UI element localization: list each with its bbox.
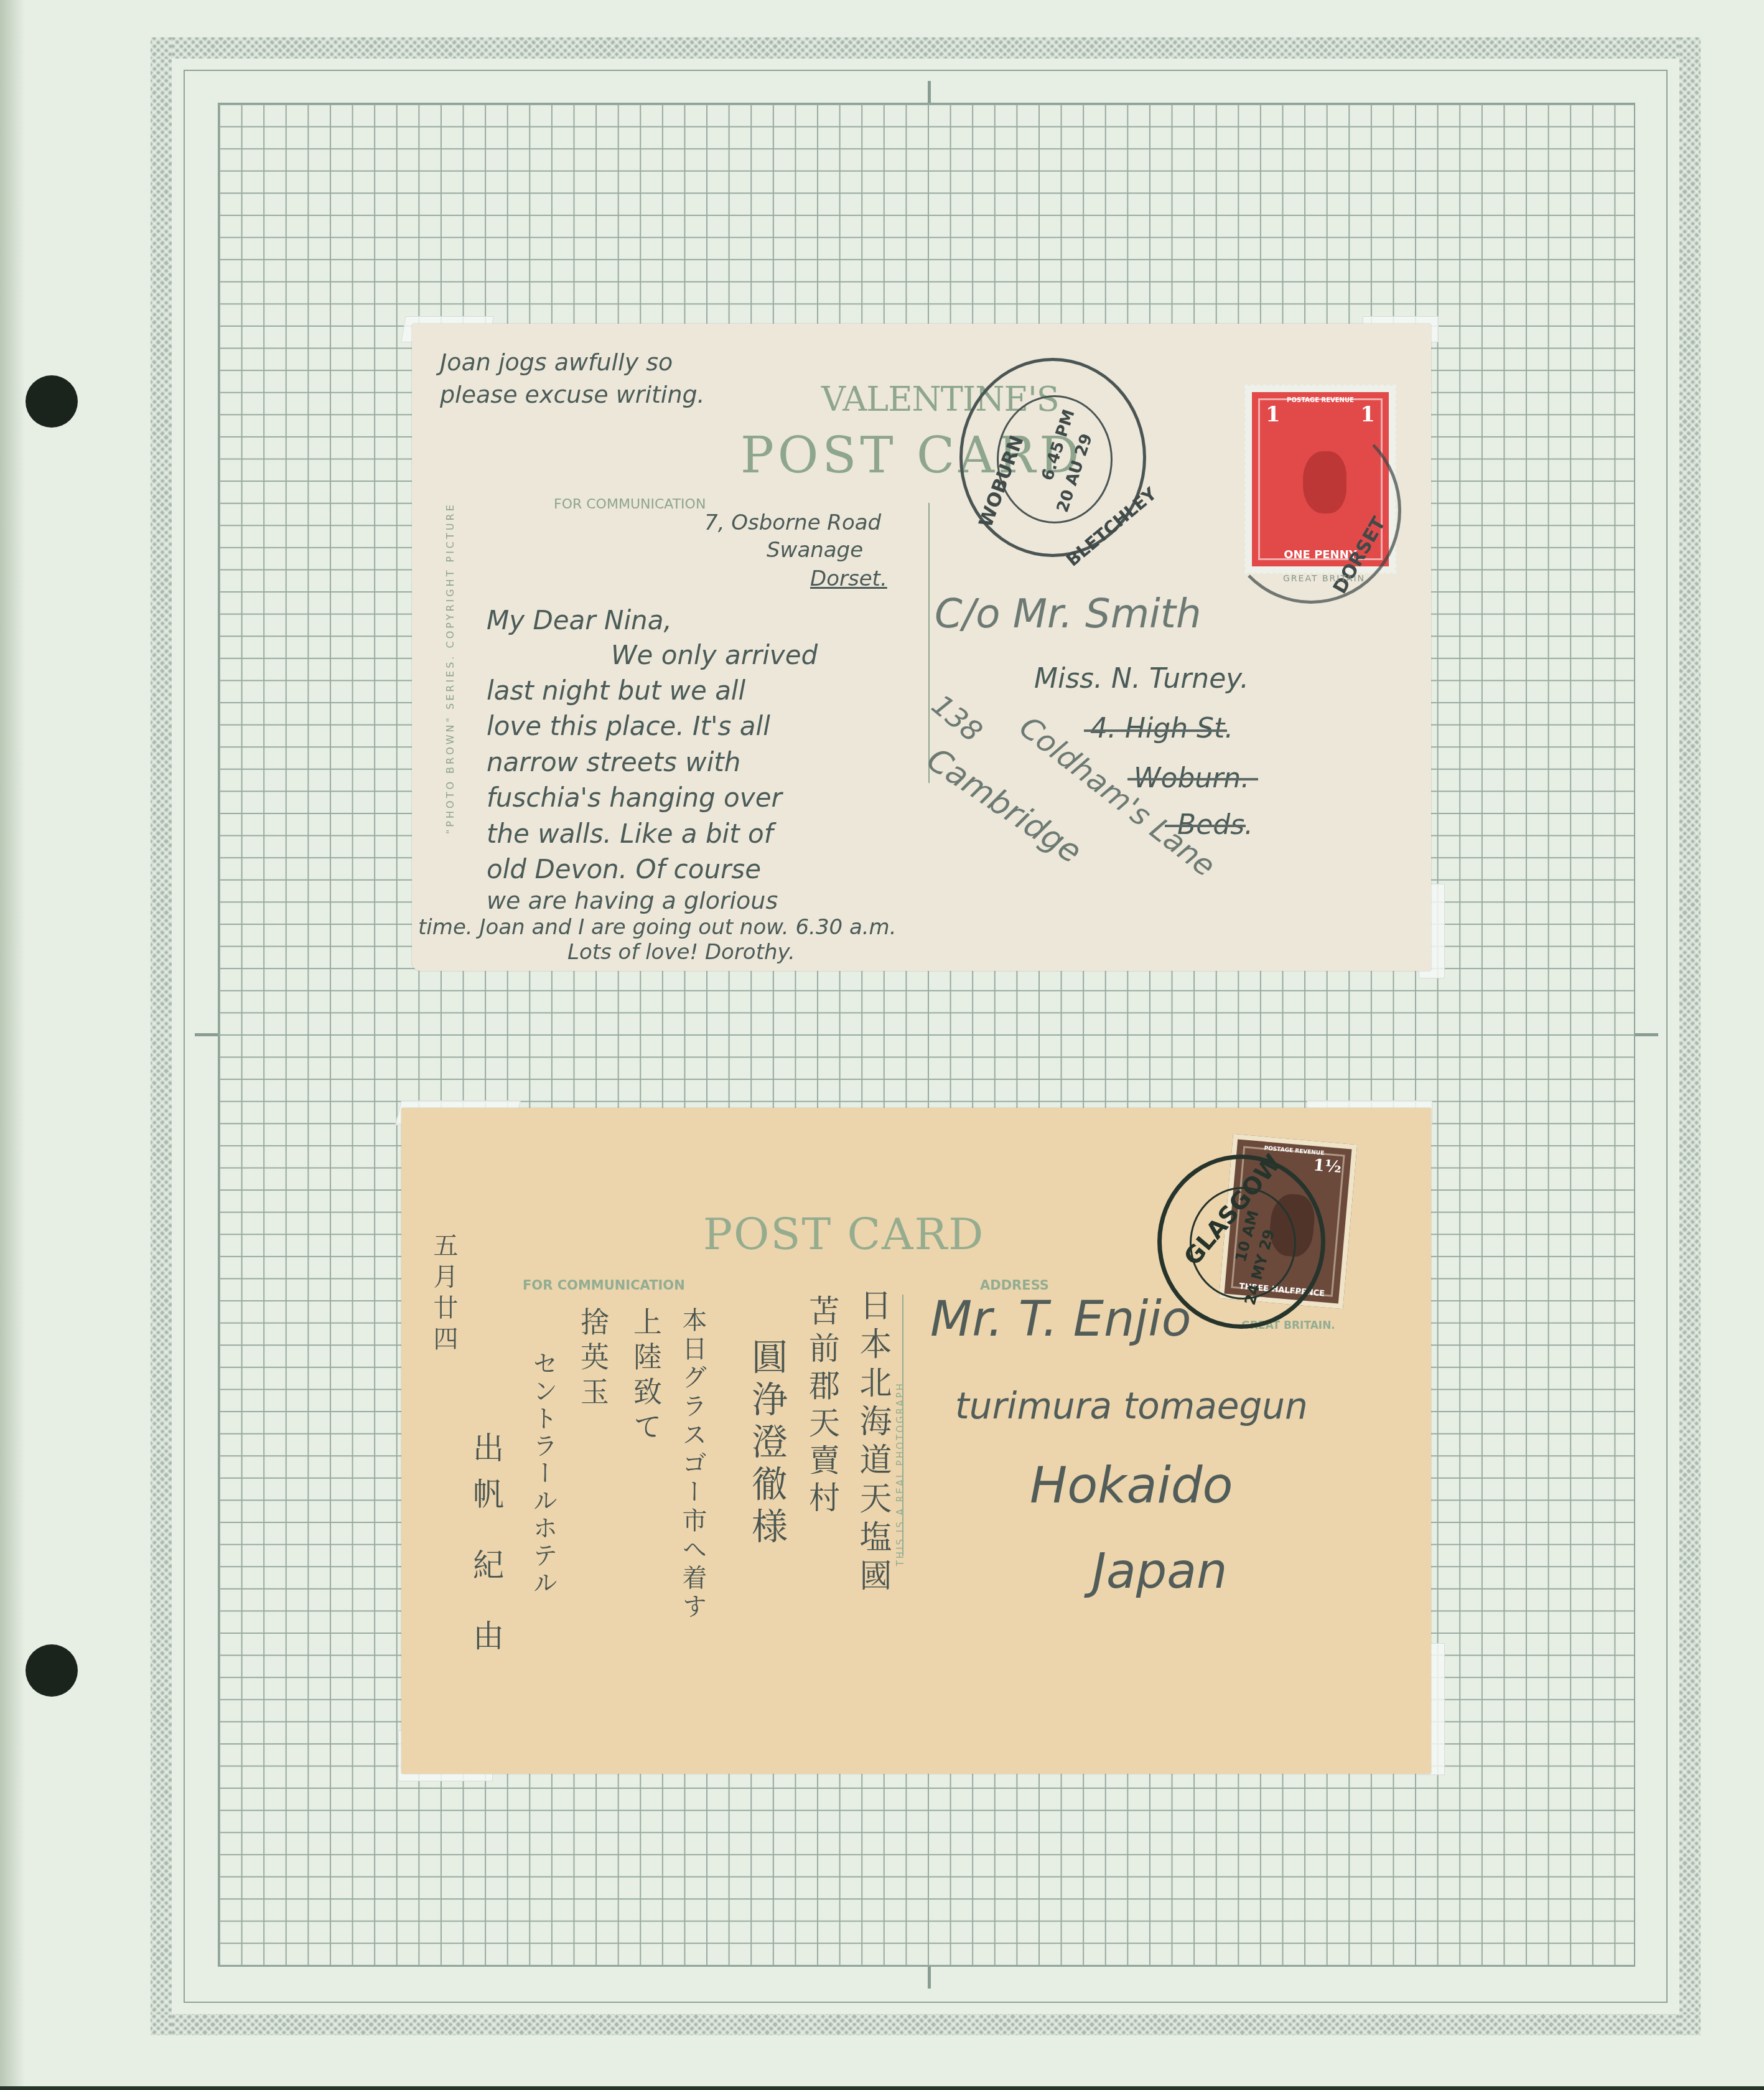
jp-column: 本日グラスゴー市へ着す bbox=[675, 1307, 711, 1622]
redirect-line: C/o Mr. Smith bbox=[935, 591, 1202, 637]
jp-column: 上陸致て bbox=[625, 1307, 666, 1446]
message-line: love this place. It's all bbox=[487, 711, 770, 741]
message-line: narrow streets with bbox=[487, 747, 740, 777]
address-label: ADDRESS bbox=[980, 1278, 1049, 1293]
forwarding-number: 138 bbox=[925, 688, 989, 749]
strikethrough bbox=[1084, 729, 1227, 732]
sender-address-line: Dorset. bbox=[810, 566, 887, 591]
page-bottom-edge bbox=[0, 2086, 1764, 2090]
top-note-line: please excuse writing. bbox=[440, 381, 705, 408]
top-note-line: Joan jogs awfully so bbox=[440, 349, 673, 376]
address-country: Japan bbox=[1092, 1544, 1228, 1600]
woburn-postmark: WOBURN 6.45 PM 20 AU 29 BLETCHLEY bbox=[959, 358, 1146, 557]
jp-date: 五月廿四 bbox=[426, 1232, 462, 1357]
center-tick-bottom bbox=[928, 1967, 931, 1989]
message-line: we are having a glorious bbox=[487, 887, 778, 914]
glasgow-postmark: GLASGOW 10 AM 24 MY 29 bbox=[1157, 1155, 1325, 1329]
center-tick-right bbox=[1635, 1033, 1658, 1036]
side-imprint: "PHOTO BROWN" SERIES. COPYRIGHT PICTURE bbox=[444, 502, 456, 834]
message-line: last night but we all bbox=[487, 675, 745, 706]
address-line: Hokaido bbox=[1030, 1456, 1233, 1514]
message-line: old Devon. Of course bbox=[487, 854, 761, 884]
postcard-2[interactable]: POST CARD FOR COMMUNICATION ADDRESS THIS… bbox=[401, 1108, 1431, 1774]
sender-address-line: 7, Osborne Road bbox=[704, 510, 881, 535]
divider-imprint: THIS IS A REAL PHOTOGRAPH bbox=[895, 1382, 906, 1566]
strikethrough bbox=[1127, 778, 1258, 780]
for-communication-label: FOR COMMUNICATION bbox=[523, 1278, 685, 1293]
struck-address-line: 4. High St. bbox=[1090, 713, 1233, 744]
sender-address-line: Swanage bbox=[767, 538, 863, 563]
album-spine-shadow bbox=[0, 0, 25, 2090]
recipient-name: Miss. N. Turney. bbox=[1034, 663, 1249, 695]
binder-hole-lower bbox=[26, 1644, 78, 1697]
postcard-1[interactable]: VALENTINE'S POST CARD FOR COMMUNICATION … bbox=[412, 324, 1431, 971]
message-line: fuschia's hanging over bbox=[487, 782, 782, 813]
jp-column: 苫前郡天賣村 bbox=[800, 1295, 844, 1519]
message-line: We only arrived bbox=[611, 640, 818, 670]
for-communication-label: FOR COMMUNICATION bbox=[554, 497, 706, 512]
center-tick-left bbox=[195, 1033, 218, 1036]
recipient-name: Mr. T. Enjio bbox=[930, 1291, 1192, 1347]
greeting: My Dear Nina, bbox=[487, 605, 672, 635]
jp-signature: 出帆 紀 由 bbox=[464, 1432, 508, 1666]
jp-column: 圓浄澄徹様 bbox=[740, 1338, 793, 1550]
message-line: the walls. Like a bit of bbox=[487, 818, 773, 849]
message-line: time. Joan and I are going out now. 6.30… bbox=[418, 915, 897, 940]
post-card-title: POST CARD bbox=[703, 1209, 984, 1260]
jp-column: 日本北海道天塩國 bbox=[849, 1288, 896, 1597]
center-tick-top bbox=[928, 81, 931, 103]
jp-column: 捨英玉 bbox=[572, 1307, 614, 1412]
country-imprint: GREAT BRITAIN bbox=[1283, 574, 1365, 584]
jp-column: セントラールホテル bbox=[526, 1351, 561, 1597]
binder-hole-upper bbox=[26, 375, 78, 428]
signature-line: Lots of love! Dorothy. bbox=[567, 940, 795, 965]
address-line: turimura tomaegun bbox=[955, 1385, 1308, 1427]
divider-line bbox=[928, 503, 930, 783]
